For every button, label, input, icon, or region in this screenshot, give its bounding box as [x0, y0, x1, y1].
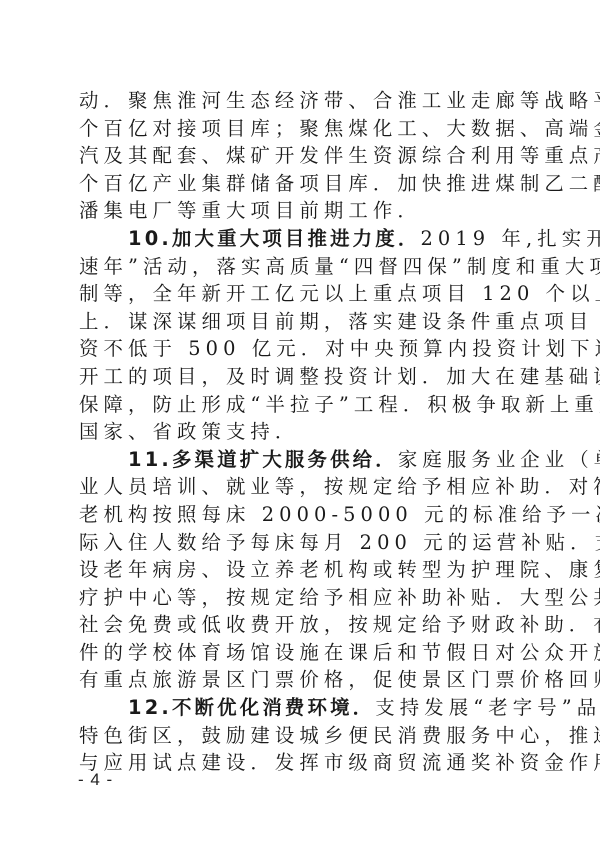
text-line: 速年”活动，落实高质量“四督四保”制度和重大项目调度考核机: [79, 253, 523, 281]
section-heading-11: 11.多渠道扩大服务供给．: [128, 448, 398, 471]
text-line: 与应用试点建设．发挥市级商贸流通奖补资金作用，加强流通: [79, 749, 523, 777]
text-line: 老机构按照每床 2000-5000 元的标准给予一次性建设补助，按实: [79, 501, 523, 529]
text-line: 际入住人数给予每床每月 200 元的运营补贴．支持医疗机构开: [79, 529, 523, 557]
text-line: 业人员培训、就业等，按规定给予相应补助．对符合条件的养: [79, 473, 523, 501]
text-line: 潘集电厂等重大项目前期工作．: [79, 197, 523, 225]
text-line: 社会免费或低收费开放，按规定给予财政补助．有序推动有条: [79, 611, 523, 639]
text-line: 设老年病房、设立养老机构或转型为护理院、康复医院、安宁: [79, 556, 523, 584]
section-heading-12: 12.不断优化消费环境．: [128, 696, 375, 719]
section-11-first-line: 11.多渠道扩大服务供给．家庭服务业企业（单位）开展从: [79, 446, 523, 474]
text-line: 开工的项目，及时调整投资计划．加大在建基础设施项目资金: [79, 363, 523, 391]
section-11-lead: 家庭服务业企业（单位）开展从: [398, 448, 600, 471]
section-10-first-line: 10.加大重大项目推进力度．2019 年,扎实开展“项目建设提: [79, 225, 523, 253]
text-line: 疗护中心等，按规定给予相应补助补贴．大型公共体育场馆向: [79, 584, 523, 612]
text-line: 资不低于 500 亿元．对中央预算内投资计划下达后超过一年未: [79, 335, 523, 363]
text-line: 动．聚焦淮河生态经济带、合淮工业走廊等战略平台，谋划多: [79, 87, 523, 115]
text-line: 制等，全年新开工亿元以上重点项目 120 个以上，建成 45 个以: [79, 280, 523, 308]
text-line: 有重点旅游景区门票价格，促使景区门票价格回归公益性．: [79, 666, 523, 694]
text-line: 特色街区，鼓励建设城乡便民消费服务中心，推进供应链创新: [79, 722, 523, 750]
text-line: 个百亿对接项目库；聚焦煤化工、大数据、高端金属制造、陕: [79, 115, 523, 143]
document-page: 动．聚焦淮河生态经济带、合淮工业走廊等战略平台，谋划多 个百亿对接项目库；聚焦煤…: [0, 0, 600, 847]
section-12-lead: 支持发展“老字号”品牌和创建商业: [375, 696, 600, 719]
text-line: 个百亿产业集群储备项目库．加快推进煤制乙二醇、煤制气、: [79, 170, 523, 198]
text-line: 汽及其配套、煤矿开发伴生资源综合利用等重点产业，谋划多: [79, 142, 523, 170]
text-line: 件的学校体育场馆设施在课后和节假日对公众开放．再降低国: [79, 639, 523, 667]
section-heading-10: 10.加大重大项目推进力度．: [128, 227, 420, 250]
section-12-first-line: 12.不断优化消费环境．支持发展“老字号”品牌和创建商业: [79, 694, 523, 722]
text-line: 国家、省政策支持．: [79, 418, 523, 446]
page-number: - 4 -: [78, 770, 113, 790]
text-line: 保障，防止形成“半拉子”工程．积极争取新上重大项目能耗指标: [79, 391, 523, 419]
body-text: 动．聚焦淮河生态经济带、合淮工业走廊等战略平台，谋划多 个百亿对接项目库；聚焦煤…: [79, 87, 523, 777]
section-10-lead: 2019 年,扎实开展“项目建设提: [420, 227, 600, 250]
text-line: 上．谋深谋细项目前期，落实建设条件重点项目 100 个、总投: [79, 308, 523, 336]
